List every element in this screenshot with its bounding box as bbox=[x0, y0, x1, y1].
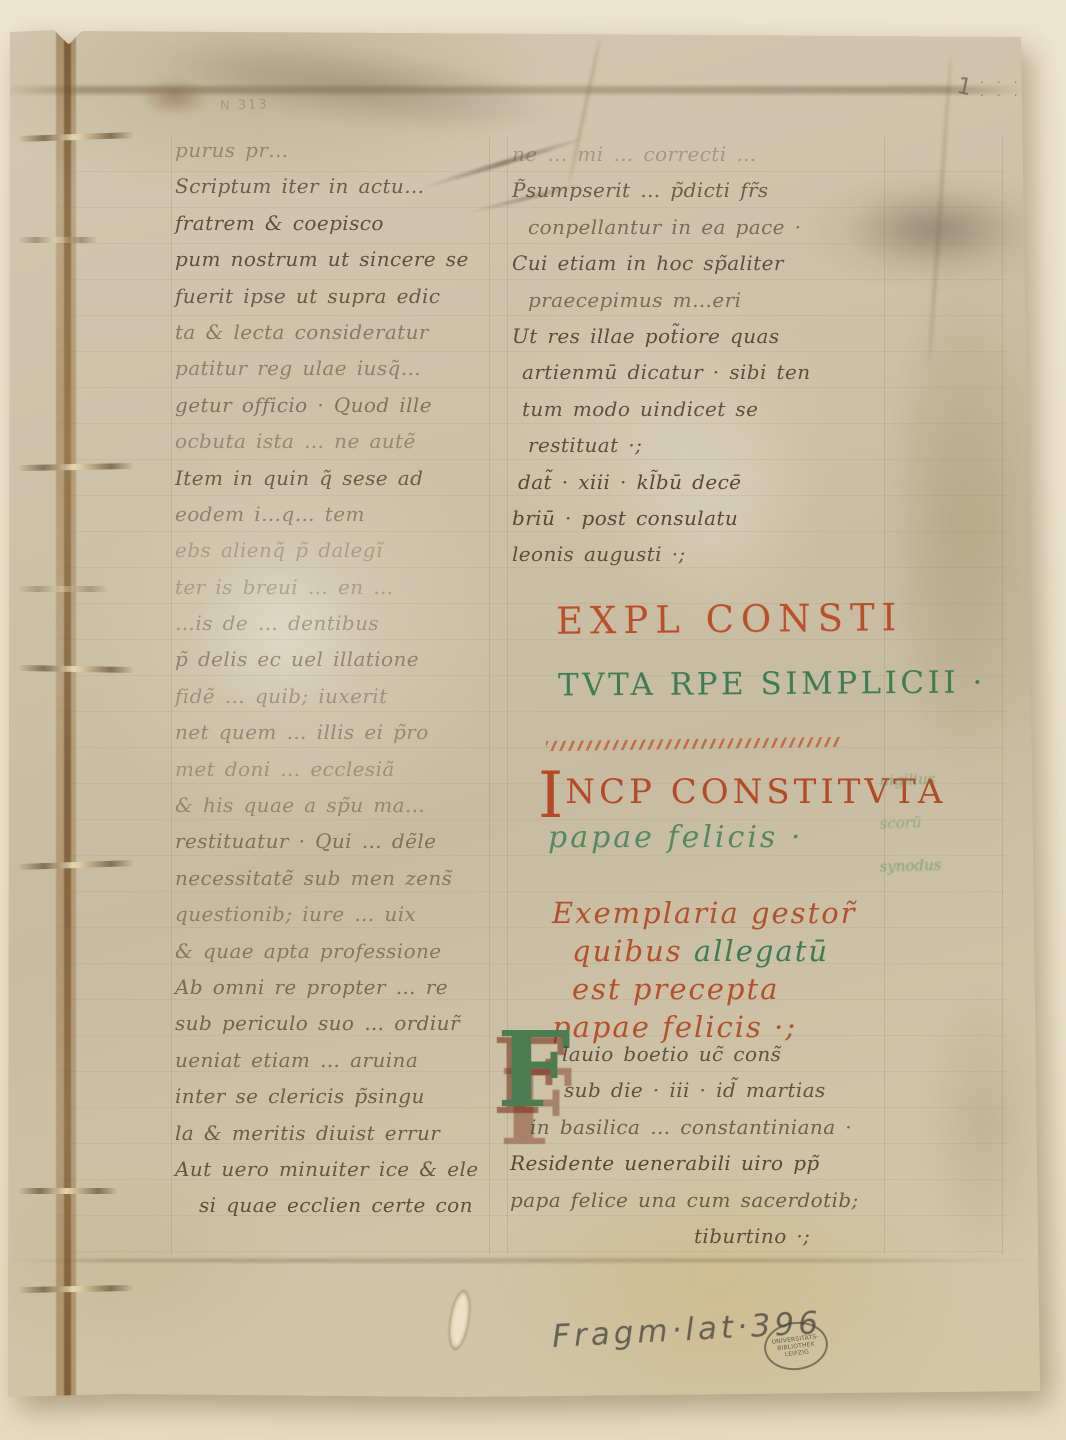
manuscript-line: met doni … ecclesiã bbox=[175, 757, 497, 793]
stitch-thread bbox=[18, 586, 108, 592]
exemplaria-line2: quibus allegatū bbox=[572, 934, 829, 968]
folio-number: 1 bbox=[954, 73, 974, 101]
manuscript-line: ebs alienq̃ p̃ dalegĩ bbox=[175, 538, 497, 574]
parchment-page: purus pr…Scriptum iter in actu…fratrem &… bbox=[0, 0, 1066, 1440]
manuscript-line: tum modo uindicet se bbox=[512, 397, 892, 433]
photo-backdrop: purus pr…Scriptum iter in actu…fratrem &… bbox=[0, 0, 1066, 1440]
marginal-note-line: uigilius bbox=[879, 768, 980, 814]
manuscript-line: ta & lecta consideratur bbox=[175, 320, 497, 356]
manuscript-line: leonis augusti ·; bbox=[512, 542, 892, 578]
fold-crease-top bbox=[0, 86, 1025, 94]
manuscript-line: Ab omni re propter … re bbox=[175, 975, 497, 1011]
stitch-thread bbox=[18, 1285, 134, 1293]
ruling-vertical-1 bbox=[171, 136, 172, 1254]
manuscript-line: sub die · iii · id̃ martias bbox=[510, 1078, 930, 1114]
manuscript-line: Scriptum iter in actu… bbox=[175, 174, 497, 210]
manuscript-line: inter se clericis p̃singu bbox=[175, 1084, 497, 1120]
manuscript-line: & quae apta professione bbox=[175, 939, 497, 975]
manuscript-line: restituat ·; bbox=[512, 433, 892, 469]
manuscript-line: conpellantur in ea pace · bbox=[512, 215, 892, 251]
right-text-column-lower: lauio boetio uc̃ cons̃sub die · iii · id… bbox=[510, 1042, 930, 1260]
ink-dots-row1: · · · bbox=[980, 76, 1022, 89]
ruling-vertical-5 bbox=[1002, 136, 1003, 1254]
ink-dots-row2: · · · bbox=[980, 89, 1022, 102]
exemplaria-line3: est precepta bbox=[572, 972, 779, 1006]
manuscript-line: ne … mi … correcti … bbox=[512, 142, 892, 178]
stitch-thread bbox=[18, 132, 134, 142]
parchment-hole bbox=[445, 1289, 473, 1351]
stain-blotch bbox=[140, 78, 210, 116]
stitch-thread bbox=[18, 1188, 118, 1194]
manuscript-line: lauio boetio uc̃ cons̃ bbox=[510, 1042, 930, 1078]
manuscript-line: fidẽ … quib; iuxerit bbox=[175, 684, 497, 720]
exemplaria-line4: papae felicis ·; bbox=[552, 1010, 797, 1044]
manuscript-line: sub periculo suo … ordiur̃ bbox=[175, 1011, 497, 1047]
incipit-subtitle: papae felicis · bbox=[548, 820, 803, 855]
manuscript-line: P̃sumpserit … p̃dicti fr̃s bbox=[512, 178, 892, 214]
stain-smudge-top-left bbox=[147, 23, 573, 152]
exemplaria-line2-green: allegatū bbox=[694, 934, 829, 968]
flourish-divider bbox=[546, 737, 842, 751]
manuscript-line: artienmū dicatur · sibi ten bbox=[512, 360, 892, 396]
incipit-initial-letter: I bbox=[538, 786, 565, 806]
pencil-note: N 313 bbox=[220, 97, 269, 114]
manuscript-line: Cui etiam in hoc sp̃aliter bbox=[512, 251, 892, 287]
stamp-line3: LEIPZIG bbox=[784, 1348, 809, 1358]
manuscript-line: ocbuta ista … ne autẽ bbox=[175, 429, 497, 465]
manuscript-line: praecepimus m…eri bbox=[512, 288, 892, 324]
manuscript-line: …is de … dentibus bbox=[175, 611, 497, 647]
manuscript-line: Residente uenerabili uiro pp̃ bbox=[510, 1151, 930, 1187]
explicit-heading-line2: TVTA RPE SIMPLICII · bbox=[558, 665, 986, 704]
stitch-thread bbox=[18, 665, 134, 673]
manuscript-line: dat̃ · xiii · kl̃bū decē bbox=[512, 470, 892, 506]
right-text-column-upper: ne … mi … correcti …P̃sumpserit … p̃dict… bbox=[512, 142, 892, 579]
marginal-note-line: scorū bbox=[879, 811, 980, 857]
manuscript-line: & his quae a sp̃u ma… bbox=[175, 793, 497, 829]
parchment-wrapper: purus pr…Scriptum iter in actu…fratrem &… bbox=[0, 0, 1066, 1440]
exemplaria-line2-red: quibus bbox=[572, 934, 694, 968]
ink-dots: · · · · · · bbox=[980, 76, 1022, 102]
manuscript-line: Item in quin q̃ sese ad bbox=[175, 466, 497, 502]
stitch-thread bbox=[18, 463, 134, 471]
manuscript-line: si quae ecclien certe con bbox=[175, 1193, 497, 1229]
left-text-column: purus pr…Scriptum iter in actu…fratrem &… bbox=[175, 138, 497, 1230]
marginal-note: uigiliusscorūsynodus bbox=[880, 770, 980, 899]
manuscript-line: p̃ delis ec uel illatione bbox=[175, 647, 497, 683]
manuscript-line: restituatur · Qui … dẽle bbox=[175, 829, 497, 865]
stitch-thread bbox=[18, 860, 134, 870]
manuscript-line: fuerit ipse ut supra edic bbox=[175, 284, 497, 320]
manuscript-line: eodem i…q… tem bbox=[175, 502, 497, 538]
explicit-heading-line1: EXPL CONSTI bbox=[556, 596, 904, 643]
manuscript-line: ueniat etiam … aruina bbox=[175, 1048, 497, 1084]
manuscript-line: Ut res illae pot̃iore quas bbox=[512, 324, 892, 360]
manuscript-line: patitur reg ulae iusq̃… bbox=[175, 356, 497, 392]
manuscript-line: necessitatẽ sub men zens̃ bbox=[175, 866, 497, 902]
manuscript-line: tiburtino ·; bbox=[510, 1224, 930, 1260]
manuscript-line: getur officio · Quod ille bbox=[175, 393, 497, 429]
manuscript-line: pum nostrum ut sincere se bbox=[175, 247, 497, 283]
manuscript-line: fratrem & coepisco bbox=[175, 211, 497, 247]
manuscript-line: briū · post consulatu bbox=[512, 506, 892, 542]
stain-bottom-right bbox=[925, 990, 1040, 1260]
exemplaria-line1: Exemplaria gestor̃ bbox=[552, 896, 857, 930]
manuscript-line: la & meritis diuist errur bbox=[175, 1121, 497, 1157]
manuscript-line: papa felice una cum sacerdotib; bbox=[510, 1188, 930, 1224]
manuscript-line: purus pr… bbox=[175, 138, 497, 174]
manuscript-line: questionib; iure … uix bbox=[175, 902, 497, 938]
crease-vertical-right bbox=[927, 55, 953, 365]
manuscript-line: in basilica … constantiniana · bbox=[510, 1115, 930, 1151]
stitch-thread bbox=[18, 237, 98, 243]
manuscript-line: Aut uero minuiter ice & ele bbox=[175, 1157, 497, 1193]
manuscript-line: ter is breui … en … bbox=[175, 575, 497, 611]
marginal-note-line: synodus bbox=[879, 854, 980, 900]
manuscript-line: net quem … illis ei p̃ro bbox=[175, 720, 497, 756]
